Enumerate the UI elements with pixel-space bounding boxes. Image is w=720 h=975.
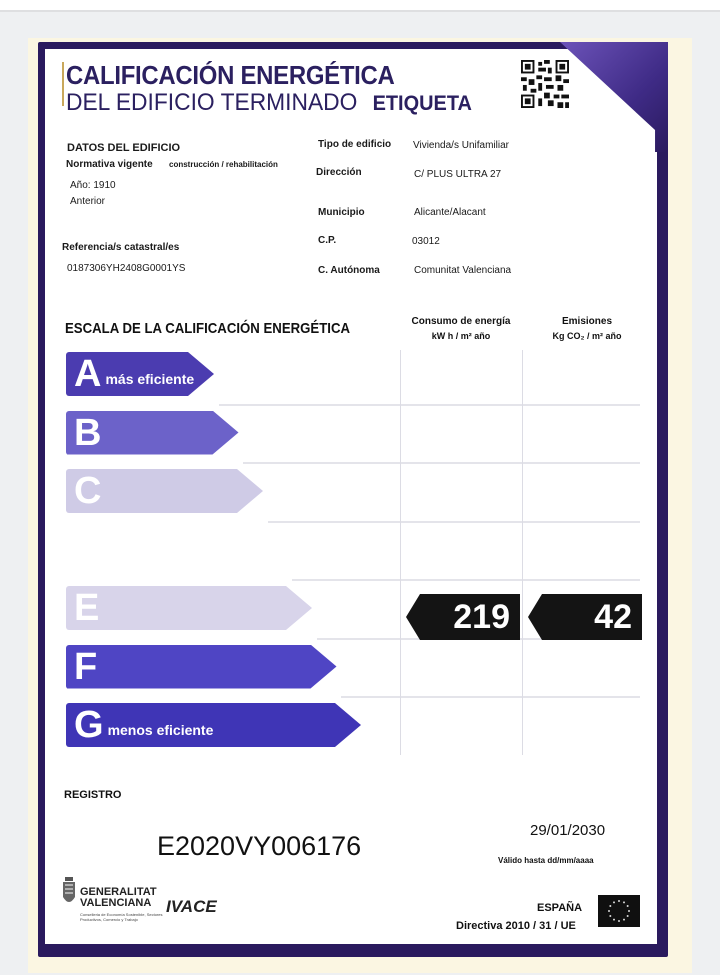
normativa-label: Normativa vigente (66, 159, 153, 170)
energy-column-header: Consumo de energía kW h / m² año (400, 314, 522, 344)
registry-label: REGISTRO (64, 789, 121, 801)
grid-column-line (400, 350, 401, 755)
ivace-logo: IVACE (166, 897, 217, 917)
generalitat-line-2: VALENCIANA (80, 898, 157, 909)
rating-letter: F (74, 645, 97, 689)
eu-flag-icon (598, 895, 640, 927)
emissions-column-title: Emisiones (525, 314, 649, 329)
top-bar (0, 0, 720, 12)
rating-bar-caption: menos eficiente (108, 722, 214, 738)
rating-bar-caption: más eficiente (105, 371, 194, 387)
energy-consumption-value: 219 (453, 598, 510, 637)
energy-consumption-indicator: 219 (406, 594, 520, 640)
rating-bar-a: Amás eficiente (66, 352, 214, 396)
year-value: Año: 1910 (70, 180, 116, 191)
rating-letter: C (74, 469, 101, 513)
generalitat-crest-icon (62, 877, 76, 907)
grid-line (268, 521, 641, 523)
etiqueta-tag: ETIQUETA (373, 92, 472, 115)
grid-line (341, 696, 640, 698)
field-label-direccion: Dirección (316, 167, 362, 178)
grid-line (219, 404, 641, 406)
rating-bar-e: E (66, 586, 312, 630)
grid-line (292, 579, 640, 581)
grid-line (243, 462, 640, 464)
building-section-title: DATOS DEL EDIFICIO (67, 142, 180, 154)
field-label-tipo: Tipo de edificio (318, 139, 391, 150)
cadastral-ref-label: Referencia/s catastral/es (62, 242, 179, 253)
cadastral-ref-value: 0187306YH2408G0001YS (67, 263, 185, 274)
rating-letter: E (74, 586, 99, 630)
rating-letter: B (74, 411, 101, 455)
scale-title: ESCALA DE LA CALIFICACIÓN ENERGÉTICA (65, 320, 350, 337)
title-line-2: DEL EDIFICIO TERMINADOETIQUETA (66, 89, 472, 117)
title-line-2-text: DEL EDIFICIO TERMINADO (66, 89, 357, 116)
generalitat-name: GENERALITAT VALENCIANA (80, 887, 157, 909)
qr-code-icon[interactable] (520, 60, 570, 108)
rating-bar-f: F (66, 645, 337, 689)
field-value-tipo: Vivienda/s Unifamiliar (413, 140, 509, 151)
valid-until-label: Válido hasta dd/mm/aaaa (498, 856, 594, 865)
emissions-indicator: 42 (528, 594, 642, 640)
grid-column-line (522, 350, 523, 755)
year-note: Anterior (70, 196, 105, 207)
field-label-comunidad: C. Autónoma (318, 265, 380, 276)
normativa-value: construcción / rehabilitación (169, 160, 278, 169)
field-label-cp: C.P. (318, 235, 336, 246)
rating-letter: G (74, 703, 104, 747)
emissions-value: 42 (594, 598, 632, 637)
title-accent (62, 62, 64, 106)
emissions-column-header: Emisiones Kg CO₂ / m² año (525, 314, 649, 344)
field-value-direccion: C/ PLUS ULTRA 27 (414, 169, 501, 180)
field-value-municipio: Alicante/Alacant (414, 207, 486, 218)
energy-column-unit: kW h / m² año (400, 329, 522, 344)
field-value-cp: 03012 (412, 236, 440, 247)
conselleria-text: Conselleria de Economía Sostenible, Sect… (80, 912, 170, 922)
energy-column-title: Consumo de energía (400, 314, 522, 329)
valid-until-date: 29/01/2030 (530, 822, 605, 839)
registry-number: E2020VY006176 (157, 831, 361, 862)
rating-bar-g: Gmenos eficiente (66, 703, 361, 747)
directive-label: Directiva 2010 / 31 / UE (456, 920, 576, 932)
field-label-municipio: Municipio (318, 207, 365, 218)
rating-bar-b: B (66, 411, 239, 455)
field-value-comunidad: Comunitat Valenciana (414, 265, 511, 276)
title-line-1: CALIFICACIÓN ENERGÉTICA (66, 60, 395, 91)
rating-bar-c: C (66, 469, 263, 513)
emissions-column-unit: Kg CO₂ / m² año (525, 329, 649, 344)
country-label: ESPAÑA (537, 902, 582, 914)
rating-letter: A (74, 352, 101, 396)
